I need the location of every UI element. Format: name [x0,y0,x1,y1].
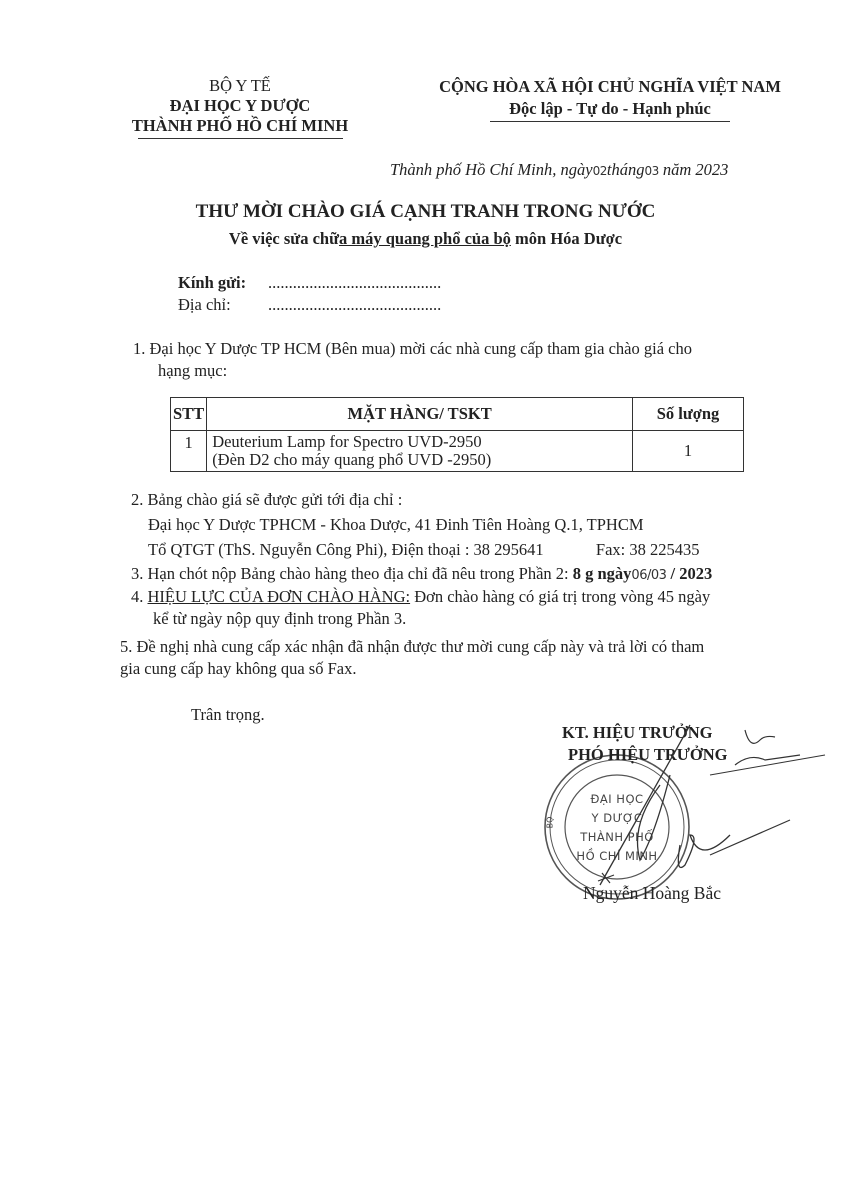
to-label: Kính gửi: [178,272,268,294]
closing: Trân trọng. [191,704,265,726]
date-day: 02 [593,164,607,178]
section-3-text: 3. Hạn chót nộp Bảng chào hàng theo địa … [131,564,573,583]
cell-quantity: 1 [633,431,744,472]
col-stt: STT [171,398,207,431]
section-4-text-cont: kể từ ngày nộp quy định trong Phần 3. [131,608,710,630]
national-motto: Độc lập - Tự do - Hạnh phúc [420,98,800,120]
date-month: 03 [644,164,658,178]
section-2: 2. Bảng chào giá sẽ được gửi tới địa chỉ… [131,489,700,561]
subtitle-part3: môn Hóa Dược [511,229,622,248]
item-line1: Deuterium Lamp for Spectro UVD-2950 [212,433,627,451]
signer-name: Nguyễn Hoàng Bắc [583,883,721,904]
address-blank: ........................................… [268,294,441,316]
col-quantity: Số lượng [633,398,744,431]
items-table: STT MẶT HÀNG/ TSKT Số lượng 1 Deuterium … [170,397,744,472]
section-2-contact: Tổ QTGT (ThS. Nguyễn Công Phi), Điện tho… [131,539,700,561]
contact-fax: Fax: 38 225435 [596,540,700,559]
subtitle-underlined: a máy quang phổ của bộ [339,229,511,248]
address-label: Địa chỉ: [178,294,268,316]
section-2-text: 2. Bảng chào giá sẽ được gửi tới địa chỉ… [131,489,700,511]
stamp-side-left: BỘ [545,817,554,829]
university-name: ĐẠI HỌC Y DƯỢC [110,96,370,116]
deadline-time: 8 g ngày [573,564,632,583]
date-line: Thành phố Hồ Chí Minh, ngày02tháng03 năm… [390,160,728,180]
date-month-label: tháng [607,160,645,179]
city-name: THÀNH PHỐ HỒ CHÍ MINH [110,116,370,136]
contact-phone: Tổ QTGT (ThS. Nguyễn Công Phi), Điện tho… [148,540,544,559]
recipient-block: Kính gửi: ..............................… [178,272,441,316]
to-blank: ........................................… [268,272,441,294]
header-right-underline [490,121,730,122]
header-left-underline [138,138,343,139]
document-title: THƯ MỜI CHÀO GIÁ CẠNH TRANH TRONG NƯỚC [0,201,851,223]
section-3: 3. Hạn chót nộp Bảng chào hàng theo địa … [131,563,712,587]
section-4: 4. HIỆU LỰC CỦA ĐƠN CHÀO HÀNG: Đơn chào … [131,586,710,630]
national-header: CỘNG HÒA XÃ HỘI CHỦ NGHĨA VIỆT NAM Độc l… [420,76,800,122]
ministry-name: BỘ Y TẾ [110,76,370,96]
document-subtitle: Về việc sửa chữa máy quang phổ của bộ mô… [0,229,851,249]
handwritten-signature [560,715,830,895]
item-line2: (Đèn D2 cho máy quang phổ UVD -2950) [212,451,627,469]
section-4-num: 4. [131,587,148,606]
deadline-day: 06 [631,568,647,583]
section-5-text: 5. Đề nghị nhà cung cấp xác nhận đã nhận… [120,636,704,658]
date-prefix: Thành phố Hồ Chí Minh, ngày [390,160,593,179]
section-5: 5. Đề nghị nhà cung cấp xác nhận đã nhận… [120,636,704,680]
col-item: MẶT HÀNG/ TSKT [207,398,633,431]
section-4-text: Đơn chào hàng có giá trị trong vòng 45 n… [410,587,710,606]
deadline-month: /03 [647,568,666,583]
date-year: năm 2023 [663,160,729,179]
section-4-heading: HIỆU LỰC CỦA ĐƠN CHÀO HÀNG: [148,587,411,606]
subtitle-part1: Về việc sửa chữ [229,229,339,248]
table-row: 1 Deuterium Lamp for Spectro UVD-2950 (Đ… [171,431,744,472]
table-header-row: STT MẶT HÀNG/ TSKT Số lượng [171,398,744,431]
deadline-year: / 2023 [666,564,712,583]
cell-item: Deuterium Lamp for Spectro UVD-2950 (Đèn… [207,431,633,472]
issuer-header: BỘ Y TẾ ĐẠI HỌC Y DƯỢC THÀNH PHỐ HỒ CHÍ … [110,76,370,139]
section-1: 1. Đại học Y Dược TP HCM (Bên mua) mời c… [133,338,692,382]
section-1-text: 1. Đại học Y Dược TP HCM (Bên mua) mời c… [133,338,692,360]
country-name: CỘNG HÒA XÃ HỘI CHỦ NGHĨA VIỆT NAM [420,76,800,98]
section-5-text-cont: gia cung cấp hay không qua số Fax. [120,658,704,680]
cell-stt: 1 [171,431,207,472]
section-1-text-cont: hạng mục: [133,360,692,382]
section-2-address: Đại học Y Dược TPHCM - Khoa Dược, 41 Đin… [131,514,700,536]
